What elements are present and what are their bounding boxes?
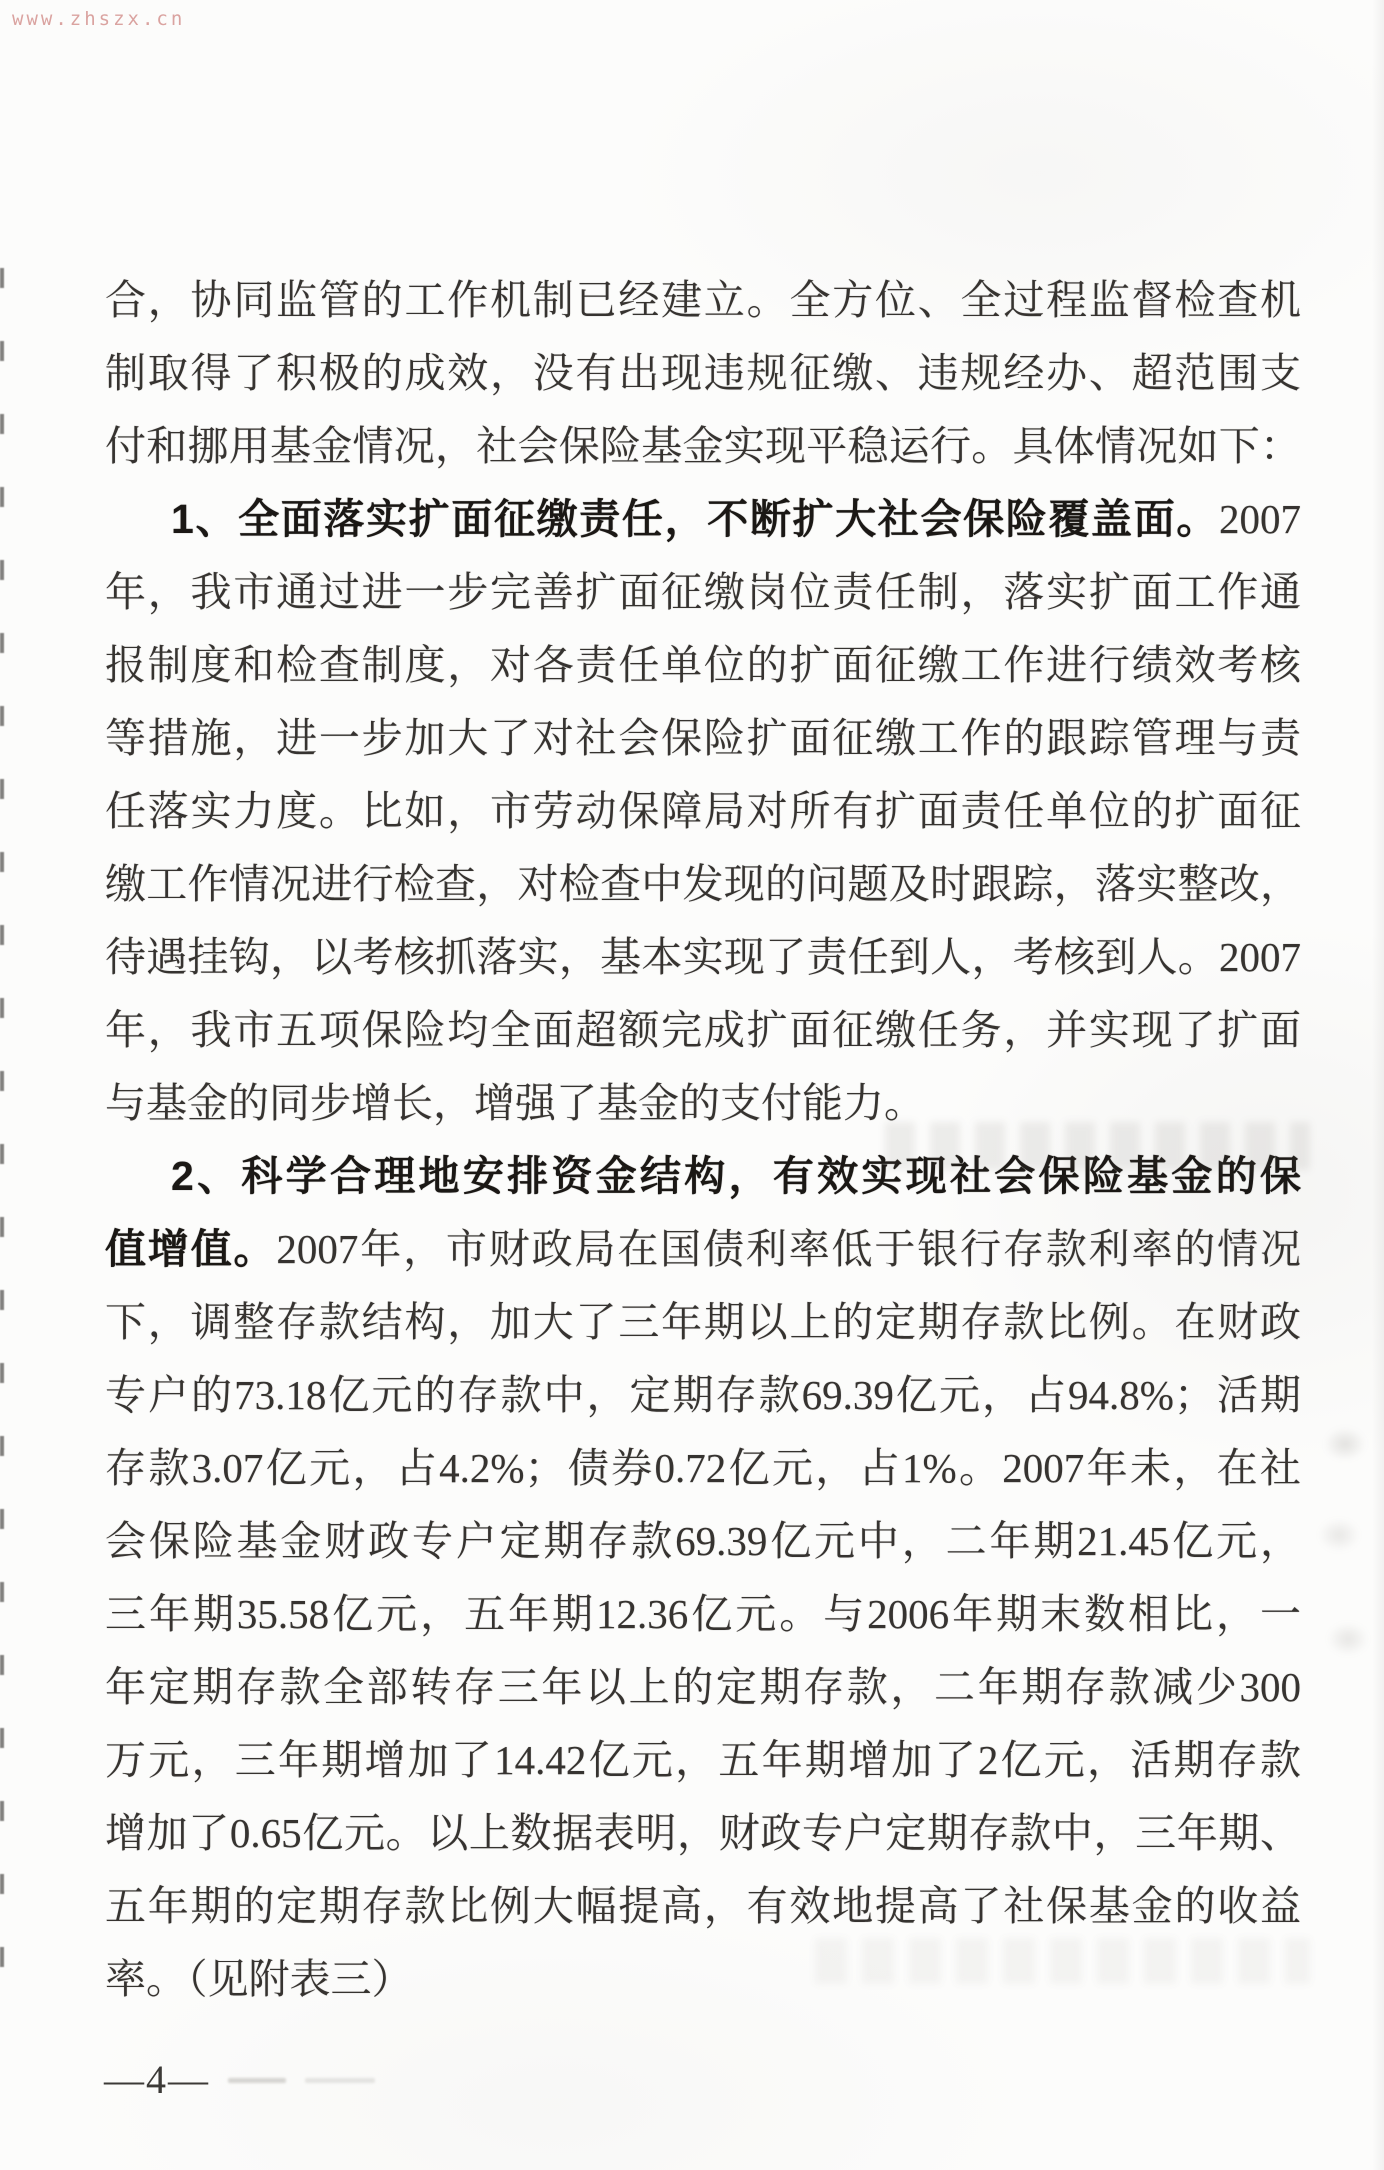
text-segment: 五年期的定期存款比例大幅提高，有效地提高了社保基金的收益 [105, 1883, 1301, 1929]
text-segment: 任落实力度。比如，市劳动保障局对所有扩面责任单位的扩面征 [105, 788, 1301, 834]
text-segment: 2007年，市财政局在国债利率低于银行存款利率的情况 [276, 1226, 1301, 1272]
text-segment: 专户的73.18亿元的存款中，定期存款69.39亿元，占94.8%；活期 [105, 1372, 1301, 1418]
text-segment: 合，协同监管的工作机制已经建立。全方位、全过程监督检查机 [105, 277, 1301, 323]
bold-text-segment: 1、全面落实扩面征缴责任，不断扩大社会保险覆盖面。 [171, 496, 1219, 542]
text-segment: 会保险基金财政专户定期存款69.39亿元中，二年期21.45亿元， [105, 1518, 1301, 1564]
bold-text-segment: 值增值。 [105, 1226, 276, 1272]
text-line: 增加了0.65亿元。以上数据表明，财政专户定期存款中，三年期、 [105, 1797, 1301, 1870]
text-segment: 年，我市五项保险均全面超额完成扩面征缴任务，并实现了扩面 [105, 1007, 1301, 1053]
text-segment: 2007 [1219, 496, 1301, 542]
text-line: 1、全面落实扩面征缴责任，不断扩大社会保险覆盖面。2007 [105, 483, 1301, 556]
scan-artifact-bleedthrough-3 [1315, 1418, 1375, 1678]
scan-artifact-left-edge [0, 268, 4, 2008]
scan-artifact-right-shade [1372, 0, 1384, 2170]
text-line: 下，调整存款结构，加大了三年期以上的定期存款比例。在财政 [105, 1286, 1301, 1359]
page-number: —4— [104, 2056, 210, 2103]
text-segment: 与基金的同步增长，增强了基金的支付能力。 [105, 1080, 925, 1126]
scan-artifact-bleedthrough-1 [885, 1122, 1310, 1170]
text-segment: 待遇挂钩，以考核抓落实，基本实现了责任到人，考核到人。2007 [105, 934, 1301, 980]
text-line: 等措施，进一步加大了对社会保险扩面征缴工作的跟踪管理与责 [105, 702, 1301, 775]
text-line: 五年期的定期存款比例大幅提高，有效地提高了社保基金的收益 [105, 1870, 1301, 1943]
text-line: 付和挪用基金情况，社会保险基金实现平稳运行。具体情况如下： [105, 410, 1301, 483]
text-segment: 等措施，进一步加大了对社会保险扩面征缴工作的跟踪管理与责 [105, 715, 1301, 761]
text-line: 任落实力度。比如，市劳动保障局对所有扩面责任单位的扩面征 [105, 775, 1301, 848]
text-line: 年，我市五项保险均全面超额完成扩面征缴任务，并实现了扩面 [105, 994, 1301, 1067]
text-line: 报制度和检查制度，对各责任单位的扩面征缴工作进行绩效考核 [105, 629, 1301, 702]
text-line: 值增值。2007年，市财政局在国债利率低于银行存款利率的情况 [105, 1213, 1301, 1286]
text-segment: 年，我市通过进一步完善扩面征缴岗位责任制，落实扩面工作通 [105, 569, 1301, 615]
watermark-url-text: www.zhszx.cn [12, 8, 185, 30]
text-line: 待遇挂钩，以考核抓落实，基本实现了责任到人，考核到人。2007 [105, 921, 1301, 994]
text-segment: 报制度和检查制度，对各责任单位的扩面征缴工作进行绩效考核 [105, 642, 1301, 688]
text-line: 年定期存款全部转存三年以上的定期存款，二年期存款减少300 [105, 1651, 1301, 1724]
text-segment: 付和挪用基金情况，社会保险基金实现平稳运行。具体情况如下： [105, 423, 1301, 469]
text-segment: 三年期35.58亿元，五年期12.36亿元。与2006年期末数相比，一 [105, 1591, 1301, 1637]
text-line: 年，我市通过进一步完善扩面征缴岗位责任制，落实扩面工作通 [105, 556, 1301, 629]
text-line: 专户的73.18亿元的存款中，定期存款69.39亿元，占94.8%；活期 [105, 1359, 1301, 1432]
scan-artifact-bleedthrough-2 [815, 1938, 1310, 1984]
text-segment: 增加了0.65亿元。以上数据表明，财政专户定期存款中，三年期、 [105, 1810, 1301, 1856]
text-segment: 存款3.07亿元，占4.2%；债券0.72亿元，占1%。2007年未，在社 [105, 1445, 1301, 1491]
text-line: 合，协同监管的工作机制已经建立。全方位、全过程监督检查机 [105, 264, 1301, 337]
text-line: 存款3.07亿元，占4.2%；债券0.72亿元，占1%。2007年未，在社 [105, 1432, 1301, 1505]
text-line: 三年期35.58亿元，五年期12.36亿元。与2006年期末数相比，一 [105, 1578, 1301, 1651]
text-line: 制取得了积极的成效，没有出现违规征缴、违规经办、超范围支 [105, 337, 1301, 410]
text-line: 缴工作情况进行检查，对检查中发现的问题及时跟踪，落实整改， [105, 848, 1301, 921]
text-segment: 万元，三年期增加了14.42亿元，五年期增加了2亿元，活期存款 [105, 1737, 1301, 1783]
scan-artifact-ghost-dash [305, 2078, 375, 2083]
text-segment: 缴工作情况进行检查，对检查中发现的问题及时跟踪，落实整改， [105, 861, 1301, 907]
text-line: 会保险基金财政专户定期存款69.39亿元中，二年期21.45亿元， [105, 1505, 1301, 1578]
text-segment: 制取得了积极的成效，没有出现违规征缴、违规经办、超范围支 [105, 350, 1301, 396]
text-line: 万元，三年期增加了14.42亿元，五年期增加了2亿元，活期存款 [105, 1724, 1301, 1797]
scanned-document-page: www.zhszx.cn 合，协同监管的工作机制已经建立。全方位、全过程监督检查… [0, 0, 1384, 2170]
text-segment: 率。（见附表三） [105, 1956, 413, 2002]
scan-artifact-ghost-dash [228, 2078, 286, 2083]
text-segment: 年定期存款全部转存三年以上的定期存款，二年期存款减少300 [105, 1664, 1301, 1710]
text-segment: 下，调整存款结构，加大了三年期以上的定期存款比例。在财政 [105, 1299, 1301, 1345]
